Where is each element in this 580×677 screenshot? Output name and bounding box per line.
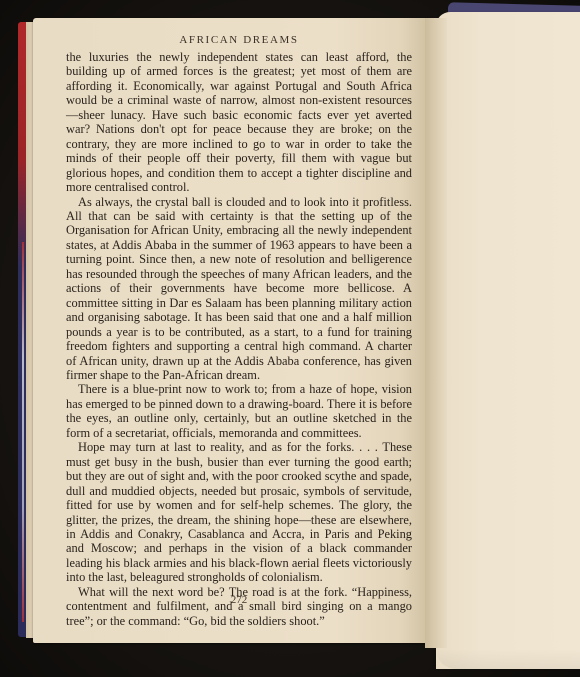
body-text: the luxuries the newly independent state… <box>66 50 412 628</box>
paragraph-4: Hope may turn at last to reality, and as… <box>66 440 412 585</box>
paragraph-2: As always, the crystal ball is clouded a… <box>66 195 412 383</box>
paragraph-5: What will the next word be? The road is … <box>66 585 412 628</box>
photo-scene: AFRICAN DREAMS the luxuries the newly in… <box>0 0 580 677</box>
book-gutter <box>425 18 447 648</box>
paragraph-1: the luxuries the newly independent state… <box>66 50 412 195</box>
page-number: 272 <box>66 594 412 606</box>
running-head: AFRICAN DREAMS <box>66 34 412 46</box>
paragraph-3: There is a blue-print now to work to; fr… <box>66 382 412 440</box>
right-page-blank <box>436 12 580 669</box>
